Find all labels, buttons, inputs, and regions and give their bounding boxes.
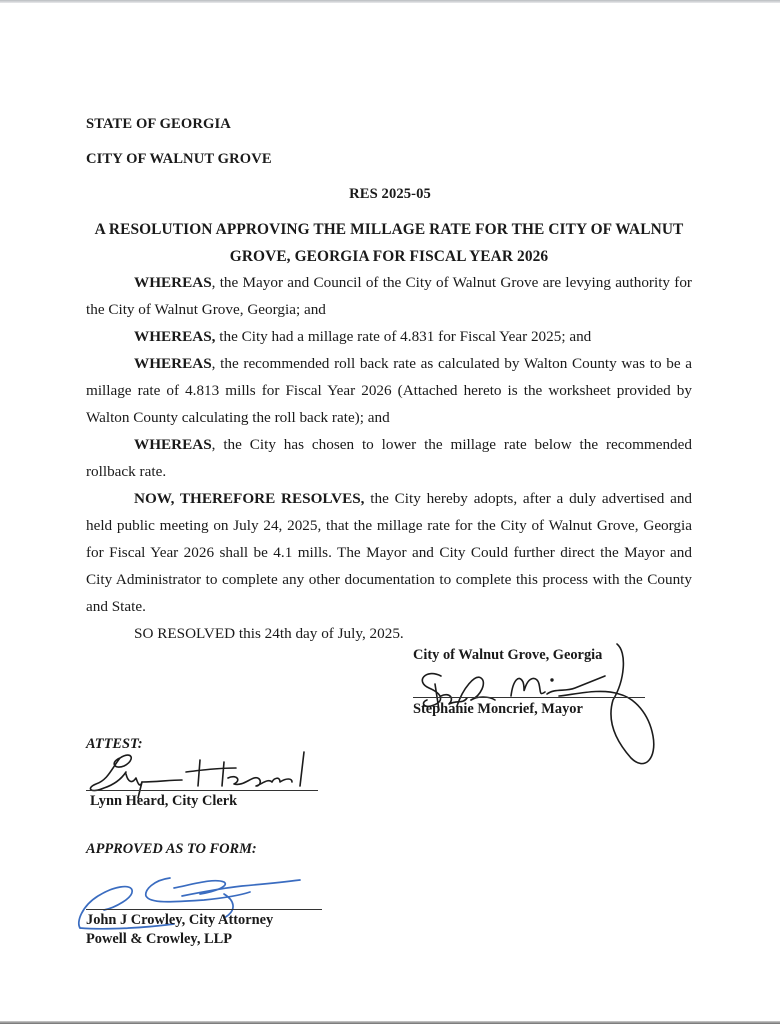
whereas-1-line2: the City of Walnut Grove, Georgia; and	[86, 301, 692, 319]
resolves-line5: and State.	[86, 598, 692, 616]
resolves-line1: NOW, THEREFORE RESOLVES, the City hereby…	[86, 490, 692, 508]
whereas-1-line1: WHEREAS, the Mayor and Council of the Ci…	[86, 274, 692, 292]
attorney-signature-line	[86, 909, 322, 910]
whereas-3-line2: millage rate of 4.813 mills for Fiscal Y…	[86, 382, 692, 400]
attorney-name-title: John J Crowley, City Attorney	[86, 912, 273, 929]
whereas-3-line1: WHEREAS, the recommended roll back rate …	[86, 355, 692, 373]
approved-as-to-form-heading: APPROVED AS TO FORM:	[86, 841, 257, 858]
whereas-2-line1: WHEREAS, the City had a millage rate of …	[86, 328, 692, 346]
scan-edge-top	[0, 0, 780, 3]
whereas-3-line3: Walton County calculating the roll back …	[86, 409, 692, 427]
resolves-line2: held public meeting on July 24, 2025, th…	[86, 517, 692, 535]
attorney-firm: Powell & Crowley, LLP	[86, 931, 232, 948]
clerk-name-title: Lynn Heard, City Clerk	[90, 793, 237, 810]
city-heading: CITY OF WALNUT GROVE	[86, 151, 272, 168]
mayor-signature-line	[413, 697, 645, 698]
resolution-title-line2: GROVE, GEORGIA FOR FISCAL YEAR 2026	[86, 248, 692, 266]
resolution-title-line1: A RESOLUTION APPROVING THE MILLAGE RATE …	[86, 221, 692, 239]
state-heading: STATE OF GEORGIA	[86, 116, 231, 133]
resolves-line4: City Administrator to complete any other…	[86, 571, 692, 589]
whereas-4-line2: rollback rate.	[86, 463, 692, 481]
resolution-number: RES 2025-05	[0, 186, 780, 203]
resolves-line3: for Fiscal Year 2026 shall be 4.1 mills.…	[86, 544, 692, 562]
mayor-name-title: Stephanie Moncrief, Mayor	[413, 701, 583, 718]
clerk-signature-line	[86, 790, 318, 791]
whereas-4-line1: WHEREAS, the City has chosen to lower th…	[86, 436, 692, 454]
